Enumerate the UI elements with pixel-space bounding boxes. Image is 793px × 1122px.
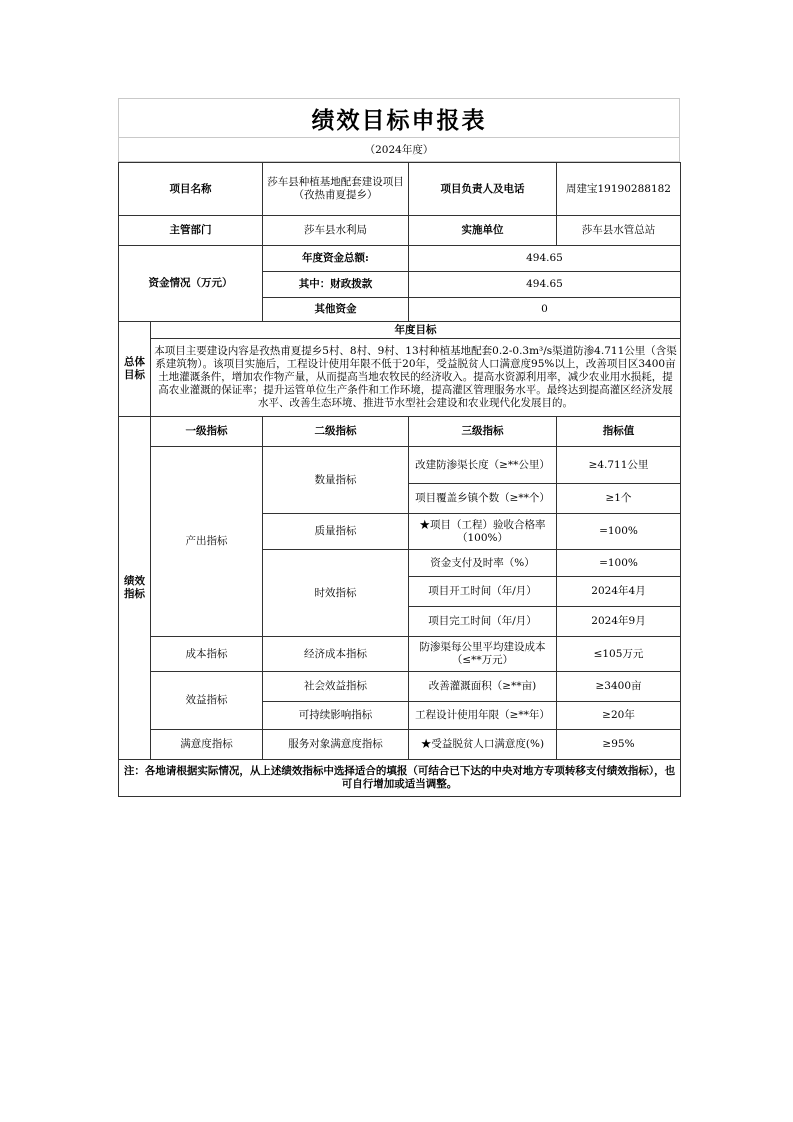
indicator-row: 改善灌溉面积（≥**亩) bbox=[409, 672, 557, 702]
form-title-block: 绩效目标申报表 （2024年度） bbox=[118, 98, 680, 162]
manager-label: 项目负责人及电话 bbox=[409, 163, 557, 216]
header-value: 指标值 bbox=[557, 417, 681, 447]
form-title: 绩效目标申报表 bbox=[119, 99, 679, 138]
indicator-value: 2024年4月 bbox=[557, 577, 681, 607]
indicator-row: 防渗渠每公里平均建设成本（≤**万元） bbox=[409, 637, 557, 672]
level2-quality: 质量指标 bbox=[263, 514, 409, 550]
indicator-row: 项目完工时间（年/月） bbox=[409, 607, 557, 637]
indicator-row: ★项目（工程）验收合格率（100%） bbox=[409, 514, 557, 550]
impl-value: 莎车县水管总站 bbox=[557, 216, 681, 246]
indicator-value: ≥4.711公里 bbox=[557, 447, 681, 484]
indicator-value: ≥1个 bbox=[557, 484, 681, 514]
project-name-value: 莎车县种植基地配套建设项目（孜热甫夏提乡） bbox=[263, 163, 409, 216]
form-sheet: 绩效目标申报表 （2024年度） 项目名称 莎车县种植基地配套建设项目（孜热甫夏… bbox=[118, 98, 680, 797]
indicator-value: ≥20年 bbox=[557, 702, 681, 730]
annual-goal-text: 本项目主要建设内容是孜热甫夏提乡5村、8村、9村、13村种植基地配套0.2-0.… bbox=[151, 339, 681, 417]
level1-output: 产出指标 bbox=[151, 447, 263, 637]
project-name-label: 项目名称 bbox=[119, 163, 263, 216]
indicator-row: 资金支付及时率（%） bbox=[409, 550, 557, 577]
level2-service-satisfaction: 服务对象满意度指标 bbox=[263, 730, 409, 760]
dept-value: 莎车县水利局 bbox=[263, 216, 409, 246]
level2-quantity: 数量指标 bbox=[263, 447, 409, 514]
header-level1: 一级指标 bbox=[151, 417, 263, 447]
overall-goal-label: 总体目标 bbox=[119, 322, 151, 417]
form-table: 项目名称 莎车县种植基地配套建设项目（孜热甫夏提乡） 项目负责人及电话 周建宝1… bbox=[118, 162, 681, 797]
annual-goal-header: 年度目标 bbox=[151, 322, 681, 339]
indicator-row: 改建防渗渠长度（≥**公里） bbox=[409, 447, 557, 484]
level2-social-benefit: 社会效益指标 bbox=[263, 672, 409, 702]
indicator-row: 工程设计使用年限（≥**年） bbox=[409, 702, 557, 730]
funding-total-label: 年度资金总额: bbox=[263, 246, 409, 272]
level1-satisfaction: 满意度指标 bbox=[151, 730, 263, 760]
funding-total-value: 494.65 bbox=[409, 246, 681, 272]
indicator-value: =100% bbox=[557, 550, 681, 577]
funding-other-value: 0 bbox=[409, 298, 681, 322]
level2-economic-cost: 经济成本指标 bbox=[263, 637, 409, 672]
indicator-value: 2024年9月 bbox=[557, 607, 681, 637]
form-period: （2024年度） bbox=[119, 138, 679, 161]
funding-fiscal-value: 494.65 bbox=[409, 272, 681, 298]
header-level3: 三级指标 bbox=[409, 417, 557, 447]
form-note: 注：各地请根据实际情况，从上述绩效指标中选择适合的填报（可结合已下达的中央对地方… bbox=[119, 760, 681, 797]
indicator-value: =100% bbox=[557, 514, 681, 550]
performance-indicators-label: 绩效指标 bbox=[119, 417, 151, 760]
level1-cost: 成本指标 bbox=[151, 637, 263, 672]
level2-sustainability: 可持续影响指标 bbox=[263, 702, 409, 730]
manager-value: 周建宝19190288182 bbox=[557, 163, 681, 216]
level2-timeliness: 时效指标 bbox=[263, 550, 409, 637]
header-level2: 二级指标 bbox=[263, 417, 409, 447]
indicator-row: ★受益脱贫人口满意度(%) bbox=[409, 730, 557, 760]
dept-label: 主管部门 bbox=[119, 216, 263, 246]
indicator-row: 项目覆盖乡镇个数（≥**个） bbox=[409, 484, 557, 514]
funding-fiscal-label: 其中：财政拨款 bbox=[263, 272, 409, 298]
indicator-row: 项目开工时间（年/月） bbox=[409, 577, 557, 607]
level1-benefit: 效益指标 bbox=[151, 672, 263, 730]
indicator-value: ≥3400亩 bbox=[557, 672, 681, 702]
funding-other-label: 其他资金 bbox=[263, 298, 409, 322]
funding-label: 资金情况（万元） bbox=[119, 246, 263, 322]
indicator-value: ≤105万元 bbox=[557, 637, 681, 672]
impl-label: 实施单位 bbox=[409, 216, 557, 246]
indicator-value: ≥95% bbox=[557, 730, 681, 760]
